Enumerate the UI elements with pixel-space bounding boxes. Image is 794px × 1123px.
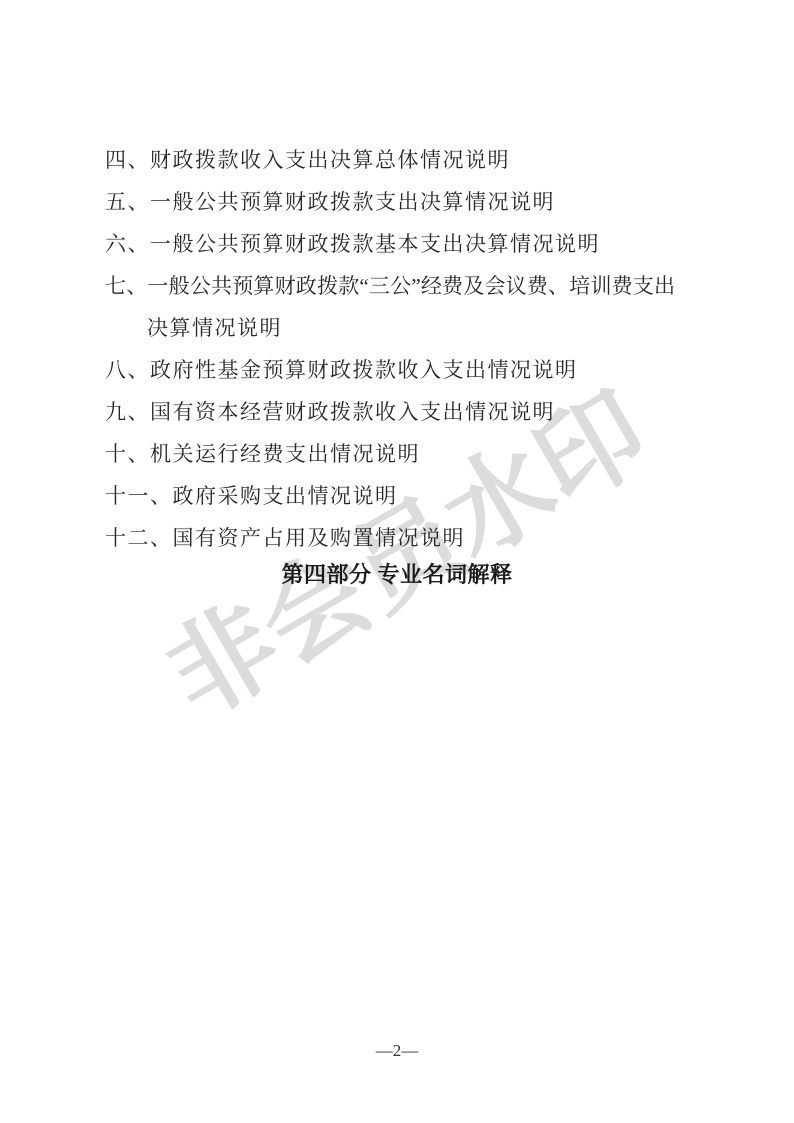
page-content: 四、财政拨款收入支出决算总体情况说明 五、一般公共预算财政拨款支出决算情况说明 … (0, 0, 794, 1123)
table-of-contents: 四、财政拨款收入支出决算总体情况说明 五、一般公共预算财政拨款支出决算情况说明 … (105, 139, 725, 559)
toc-line: 五、一般公共预算财政拨款支出决算情况说明 (105, 181, 725, 223)
toc-line: 九、国有资本经营财政拨款收入支出情况说明 (105, 391, 725, 433)
toc-line: 八、政府性基金预算财政拨款收入支出情况说明 (105, 349, 725, 391)
toc-line: 十一、政府采购支出情况说明 (105, 475, 725, 517)
toc-line: 六、一般公共预算财政拨款基本支出决算情况说明 (105, 223, 725, 265)
toc-line: 十二、国有资产占用及购置情况说明 (105, 517, 725, 559)
section-heading: 第四部分 专业名词解释 (0, 560, 794, 590)
toc-line: 七、一般公共预算财政拨款“三公”经费及会议费、培训费支出 (105, 265, 725, 307)
document-page: 非会员水印 四、财政拨款收入支出决算总体情况说明 五、一般公共预算财政拨款支出决… (0, 0, 794, 1123)
toc-line-continuation: 决算情况说明 (105, 307, 725, 349)
toc-line: 十、机关运行经费支出情况说明 (105, 433, 725, 475)
toc-line: 四、财政拨款收入支出决算总体情况说明 (105, 139, 725, 181)
page-number: —2— (0, 1041, 794, 1061)
